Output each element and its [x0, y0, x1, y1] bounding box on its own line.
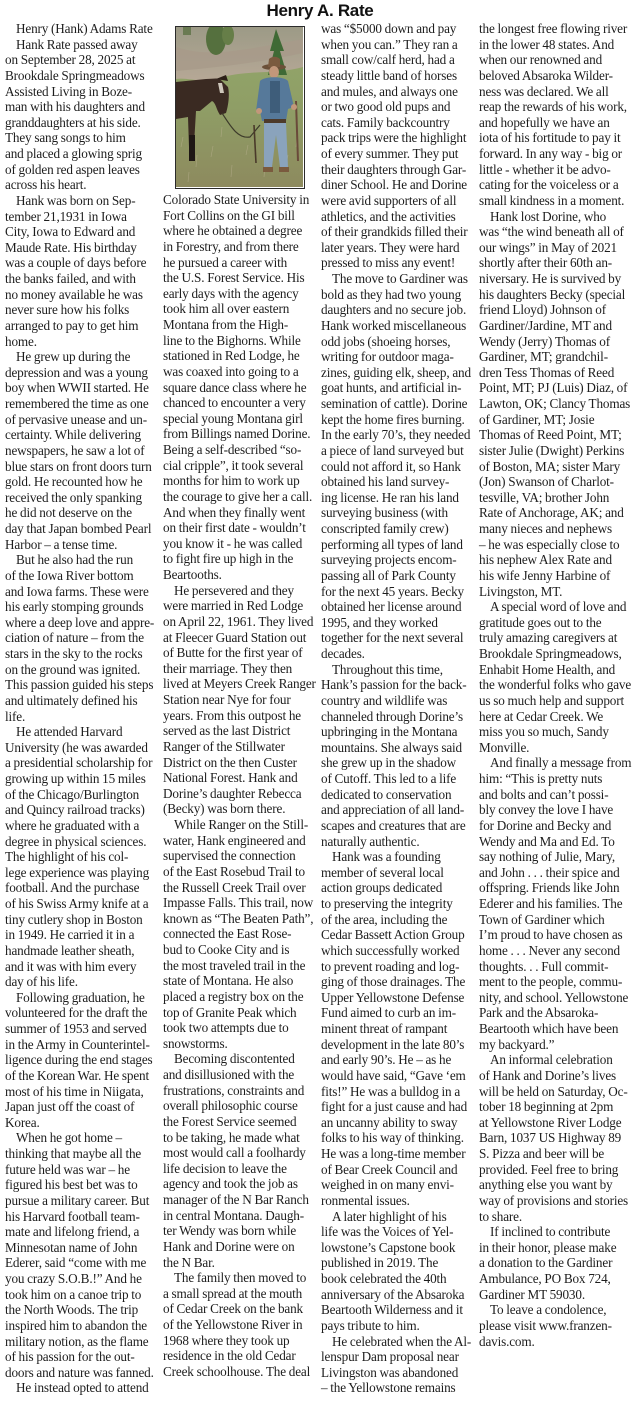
text-line: forward. In any way - big or	[479, 146, 631, 162]
text-line: Dorine’s daughter Rebecca	[163, 786, 315, 802]
text-line: depression and was a young	[5, 365, 157, 381]
text-line: 1968 where they took up	[163, 1333, 315, 1349]
text-line: which successfully worked	[321, 943, 473, 959]
text-line: fits!” He was a bulldog in a	[321, 1084, 473, 1100]
paragraph-first-line: Becoming discontented	[163, 1051, 315, 1067]
text-line: Station near Nye for four	[163, 692, 315, 708]
text-line: Gardiner, MT; grandchil-	[479, 349, 631, 365]
text-line: naturally authentic.	[321, 834, 473, 850]
text-line: gratitude goes out to the	[479, 615, 631, 631]
text-line: tober 18 beginning at 2pm	[479, 1099, 631, 1115]
text-line: S. Pizza and beer will be	[479, 1146, 631, 1162]
paragraph-first-line: A later highlight of his	[321, 1209, 473, 1225]
text-line: and Iowa farms. These were	[5, 584, 157, 600]
text-line: of Boston, MA; sister Mary	[479, 459, 631, 475]
text-line: Wendy and Ma and Ed. To	[479, 834, 631, 850]
text-line: a piece of land surveyed but	[321, 443, 473, 459]
text-line: top of Granite Peak which	[163, 1005, 315, 1021]
text-line: to share.	[479, 1209, 631, 1225]
text-line: and placed a glowing sprig	[5, 146, 157, 162]
text-line: lowstone’s Capstone book	[321, 1240, 473, 1256]
paragraph-first-line: Henry (Hank) Adams Rate	[5, 21, 157, 37]
text-line: Japan just off the coast of	[5, 1099, 157, 1115]
paragraph-first-line: And finally a message from	[479, 755, 631, 771]
text-line: day of his life.	[5, 974, 157, 990]
text-line: (Becky) was born there.	[163, 801, 315, 817]
text-line: ness was declared. We all	[479, 84, 631, 100]
text-line: little - whether it be advo-	[479, 162, 631, 178]
paragraph-first-line: An informal celebration	[479, 1052, 631, 1068]
text-line: placed a registry box on the	[163, 989, 315, 1005]
text-line: and John . . . their spice and	[479, 865, 631, 881]
text-line: on April 22, 1961. They lived	[163, 614, 315, 630]
text-line: say nothing of Julie, Mary,	[479, 849, 631, 865]
text-line: square dance class where he	[163, 380, 315, 396]
text-line: lived at Meyers Creek Ranger	[163, 676, 315, 692]
text-line: growing up within 15 miles	[5, 771, 157, 787]
text-line: where he graduated with a	[5, 818, 157, 834]
text-line: tesville, VA; brother John	[479, 490, 631, 506]
text-line: he did not deserve on the	[5, 505, 157, 521]
paragraph-first-line: Hank Rate passed away	[5, 37, 157, 53]
text-line: of the Yellowstone River in	[163, 1317, 315, 1333]
text-line: odd jobs (shoeing horses,	[321, 334, 473, 350]
text-line: remembered the time as one	[5, 396, 157, 412]
paragraph-first-line: The move to Gardiner was	[321, 271, 473, 287]
text-line: granddaughters at his side.	[5, 115, 157, 131]
text-line: Livingston, MT.	[479, 584, 631, 600]
text-line: the N Bar.	[163, 1255, 315, 1271]
paragraph-first-line: He grew up during the	[5, 349, 157, 365]
text-line: Hank’s passion for the back-	[321, 677, 473, 693]
text-line: minent threat of rampant	[321, 1021, 473, 1037]
text-line: his Harvard football team-	[5, 1209, 157, 1225]
text-line: thoughts. . . Full commit-	[479, 959, 631, 975]
text-line: fight for a just cause and had	[321, 1099, 473, 1115]
text-line: (Jon) Swanson of Charlot-	[479, 474, 631, 490]
text-line: Beartooth which have been	[479, 1021, 631, 1037]
text-line: of the Iowa River bottom	[5, 568, 157, 584]
paragraph-first-line: The family then moved to	[163, 1270, 315, 1286]
text-line: ciation of nature – from the	[5, 630, 157, 646]
text-line: Maude Rate. His birthday	[5, 240, 157, 256]
text-line: inspired him to abandon the	[5, 1318, 157, 1334]
text-line: of his Swiss Army knife at a	[5, 896, 157, 912]
text-line: line to the Bighorns. While	[163, 333, 315, 349]
text-line: the Forest Service seemed	[163, 1114, 315, 1130]
text-line: ligence during the end stages	[5, 1052, 157, 1068]
text-line: City, Iowa to Edward and	[5, 224, 157, 240]
text-line: zines, guiding elk, sheep, and	[321, 365, 473, 381]
text-line: life.	[5, 709, 157, 725]
portrait-photo	[175, 26, 305, 189]
text-line: blue stars on front doors turn	[5, 459, 157, 475]
text-line: their marriage. They then	[163, 661, 315, 677]
text-line: many nieces and nephews	[479, 521, 631, 537]
text-line: University (he was awarded	[5, 740, 157, 756]
text-line: of the Chicago/Burlington	[5, 787, 157, 803]
paragraph-first-line: He persevered and they	[163, 583, 315, 599]
paragraph-first-line: But he also had the run	[5, 552, 157, 568]
text-line: and ultimately defined his	[5, 693, 157, 709]
text-line: him: “This is pretty nuts	[479, 771, 631, 787]
text-line: residence in the old Cedar	[163, 1348, 315, 1364]
text-line: cial cripple”, it took several	[163, 458, 315, 474]
text-line: together for the next several	[321, 630, 473, 646]
text-line: was “$5000 down and pay	[321, 21, 473, 37]
text-line: connected the East Rose-	[163, 926, 315, 942]
text-line: Point, MT; PJ (Luis) Diaz, of	[479, 380, 631, 396]
text-line: weighed in on many envi-	[321, 1177, 473, 1193]
text-line: pays tribute to him.	[321, 1318, 473, 1334]
text-line: no money available he was	[5, 287, 157, 303]
text-line: received the only spanking	[5, 490, 157, 506]
text-line: here at Cedar Creek. We	[479, 709, 631, 725]
text-line: Fund aimed to curb an im-	[321, 1005, 473, 1021]
text-line: small kindness in a moment.	[479, 193, 631, 209]
text-line: for Dorine and Becky and	[479, 818, 631, 834]
text-line: gold. He recounted how he	[5, 474, 157, 490]
text-line: an uncanny ability to sway	[321, 1115, 473, 1131]
text-line: ter Wendy was born while	[163, 1223, 315, 1239]
text-line: Creek schoolhouse. The deal	[163, 1364, 315, 1380]
text-line: Minnesotan name of John	[5, 1240, 157, 1256]
text-line: dedicated to conservation	[321, 787, 473, 803]
text-line: iota of his fortitude to pay it	[479, 130, 631, 146]
text-line: And when they finally went	[163, 505, 315, 521]
text-line: development in the late 80’s	[321, 1037, 473, 1053]
text-line: to fight fire up high in the	[163, 551, 315, 567]
obituary-title: Henry A. Rate	[0, 0, 640, 22]
text-line: action groups dedicated	[321, 880, 473, 896]
text-line: and mules, and always one	[321, 84, 473, 100]
paragraph-first-line: While Ranger on the Still-	[163, 817, 315, 833]
text-line: Gardiner MT 59030.	[479, 1287, 631, 1303]
text-line: Gardiner/Jardine, MT and	[479, 318, 631, 334]
text-line: Assisted Living in Boze-	[5, 84, 157, 100]
text-line: member of several local	[321, 865, 473, 881]
text-line: in the lower 48 states. And	[479, 37, 631, 53]
text-line: Harbor – a tense time.	[5, 537, 157, 553]
text-line: and bolts and can’t possi-	[479, 787, 631, 803]
text-line: their daughters through Gar-	[321, 162, 473, 178]
text-line: conscripted family crew)	[321, 521, 473, 537]
text-line: state of Montana. He also	[163, 973, 315, 989]
text-line: Lawton, OK; Clancy Thomas	[479, 396, 631, 412]
text-line: cats. Family backcountry	[321, 115, 473, 131]
text-line: bold as they had two young	[321, 287, 473, 303]
text-line: thinking that maybe all the	[5, 1146, 157, 1162]
text-line: to preserving the integrity	[321, 896, 473, 912]
text-line: the Russell Creek Trail over	[163, 880, 315, 896]
text-line: when our renowned and	[479, 52, 631, 68]
text-line: of Hank and Dorine’s lives	[479, 1068, 631, 1084]
text-line: in central Montana. Daugh-	[163, 1208, 315, 1224]
text-line: In the early 70’s, they needed	[321, 427, 473, 443]
text-line: of his passion for the out-	[5, 1349, 157, 1365]
text-line: lenspur Dam proposal near	[321, 1349, 473, 1365]
text-line: served as the last District	[163, 723, 315, 739]
text-line: his nephew Alex Rate and	[479, 552, 631, 568]
text-line: military notion, as the flame	[5, 1334, 157, 1350]
text-line: ging of those drainages. The	[321, 974, 473, 990]
text-line: – the Yellowstone remains	[321, 1380, 473, 1396]
text-line: she grew up in the shadow	[321, 755, 473, 771]
text-line: was a couple of days before	[5, 255, 157, 271]
text-line: Barn, 1037 US Highway 89	[479, 1130, 631, 1146]
text-line: Montana from the High-	[163, 317, 315, 333]
text-line: reap the rewards of his work,	[479, 99, 631, 115]
text-line: miss you so much, Sandy	[479, 724, 631, 740]
text-line: were avid supporters of all	[321, 193, 473, 209]
text-line: and disillusioned with the	[163, 1067, 315, 1083]
text-line: beloved Absaroka Wilder-	[479, 68, 631, 84]
text-line: anniversary of the Absaroka	[321, 1287, 473, 1303]
text-line: ronmental issues.	[321, 1193, 473, 1209]
text-line: handmade leather sheath,	[5, 943, 157, 959]
text-line: scapes and creatures that are	[321, 818, 473, 834]
text-line: obtained his land survey-	[321, 474, 473, 490]
text-line: folks to his way of thinking.	[321, 1130, 473, 1146]
text-line: tiny cutlery shop in Boston	[5, 912, 157, 928]
text-line: The highlight of his col-	[5, 849, 157, 865]
text-line: most of his time in Niigata,	[5, 1084, 157, 1100]
text-line: home.	[5, 334, 157, 350]
text-line: took him all over eastern	[163, 301, 315, 317]
text-line: of Bear Creek Council and	[321, 1162, 473, 1178]
text-line: you crazy S.O.B.!” And he	[5, 1271, 157, 1287]
paragraph-first-line: Throughout this time,	[321, 662, 473, 678]
text-line: please visit www.franzen-	[479, 1318, 631, 1334]
text-line: a donation to the Gardiner	[479, 1255, 631, 1271]
text-line: offspring. Friends like John	[479, 880, 631, 896]
text-line: of the area, including the	[321, 912, 473, 928]
text-line: when you can.” They ran a	[321, 37, 473, 53]
text-line: took him on a canoe trip to	[5, 1287, 157, 1303]
text-line: where he obtained a degree	[163, 223, 315, 239]
text-column-1: Henry (Hank) Adams RateHank Rate passed …	[5, 21, 157, 1396]
text-column-3: was “$5000 down and paywhen you can.” Th…	[321, 21, 473, 1396]
text-line: manager of the N Bar Ranch	[163, 1192, 315, 1208]
text-line: Rate of Anchorage, AK; and	[479, 505, 631, 521]
text-line: They sang songs to him	[5, 130, 157, 146]
text-line: my backyard.”	[479, 1037, 631, 1053]
text-line: surveying projects encom-	[321, 552, 473, 568]
text-line: where a deep love and appre-	[5, 615, 157, 631]
text-line: niversary. He is survived by	[479, 271, 631, 287]
text-line: Colorado State University in	[163, 192, 315, 208]
text-line: or two good old pups and	[321, 99, 473, 115]
text-line: boy when WWII started. He	[5, 380, 157, 396]
text-line: at Yellowstone River Lodge	[479, 1115, 631, 1131]
text-line: overall philosophic course	[163, 1098, 315, 1114]
text-line: on the ground was ignited.	[5, 662, 157, 678]
text-line: the courage to give her a call.	[163, 489, 315, 505]
text-line: were married in Red Lodge	[163, 598, 315, 614]
text-line: supervised the connection	[163, 848, 315, 864]
text-line: Brookdale Springmeadows	[5, 68, 157, 84]
text-line: degree in physical sciences.	[5, 834, 157, 850]
text-line: agency and took the job as	[163, 1176, 315, 1192]
text-line: mountains. She always said	[321, 740, 473, 756]
paragraph-first-line: A special word of love and	[479, 599, 631, 615]
text-line: He was a long-time member	[321, 1146, 473, 1162]
text-line: of Cutoff. This led to a life	[321, 771, 473, 787]
text-line: Brookdale Springmeadows,	[479, 646, 631, 662]
text-line: doors and nature was fanned.	[5, 1365, 157, 1381]
text-line: most would call a foolhardy	[163, 1145, 315, 1161]
text-line: goat hunts, and artificial in-	[321, 380, 473, 396]
text-column-4: the longest free flowing riverin the low…	[479, 21, 631, 1349]
text-line: snowstorms.	[163, 1036, 315, 1052]
text-line: and early 90’s. He – as he	[321, 1052, 473, 1068]
text-line: was coaxed into going to a	[163, 364, 315, 380]
text-line: in 1949. He carried it in a	[5, 927, 157, 943]
text-line: sister Julie (Dwight) Perkins	[479, 443, 631, 459]
text-line: 1995, and they worked	[321, 615, 473, 631]
text-line: This passion guided his steps	[5, 677, 157, 693]
text-line: could not afford it, so Hank	[321, 459, 473, 475]
text-line: anything else you want by	[479, 1177, 631, 1193]
text-line: took two attempts due to	[163, 1020, 315, 1036]
text-line: the banks failed, and with	[5, 271, 157, 287]
text-line: – he was especially close to	[479, 537, 631, 553]
text-line: summer of 1953 and served	[5, 1021, 157, 1037]
paragraph-first-line: When he got home –	[5, 1130, 157, 1146]
text-line: Ambulance, PO Box 724,	[479, 1271, 631, 1287]
text-line: I’m proud to have chosen as	[479, 927, 631, 943]
text-line: to prevent roading and log-	[321, 959, 473, 975]
text-line: life was the Voices of Yel-	[321, 1224, 473, 1240]
text-line: diner School. He and Dorine	[321, 177, 473, 193]
text-line: Ederer, said “come with me	[5, 1255, 157, 1271]
text-line: semination of cattle). Dorine	[321, 396, 473, 412]
text-line: way of provisions and stories	[479, 1193, 631, 1209]
text-line: Being a self-described “so-	[163, 442, 315, 458]
text-line: truly amazing caregivers at	[479, 630, 631, 646]
text-line: of golden red aspen leaves	[5, 162, 157, 178]
text-line: stationed in Red Lodge, he	[163, 348, 315, 364]
text-line: our wings” in May of 2021	[479, 240, 631, 256]
paragraph-first-line: He celebrated when the Al-	[321, 1334, 473, 1350]
text-line: book celebrated the 40th	[321, 1271, 473, 1287]
text-line: bud to Cooke City and is	[163, 942, 315, 958]
paragraph-first-line: Hank was born on Sep-	[5, 193, 157, 209]
text-line: day that Japan bombed Pearl	[5, 521, 157, 537]
paragraph-first-line: Hank was a founding	[321, 849, 473, 865]
text-line: early days with the agency	[163, 286, 315, 302]
text-line: certainty. While delivering	[5, 427, 157, 443]
text-line: Thomas of Reed Point, MT;	[479, 427, 631, 443]
text-line: writing for outdoor maga-	[321, 349, 473, 365]
text-line: ing license. He ran his land	[321, 490, 473, 506]
text-line: the wonderful folks who gave	[479, 677, 631, 693]
text-line: life decision to leave the	[163, 1161, 315, 1177]
text-line: daughters and no secure job.	[321, 302, 473, 318]
text-line: Park and the Absaroka-	[479, 1005, 631, 1021]
text-line: pursue a military career. But	[5, 1193, 157, 1209]
text-line: would have said, “Gave ‘em	[321, 1068, 473, 1084]
text-line: Beartooth Wilderness and it	[321, 1302, 473, 1318]
text-line: upbringing in the Montana	[321, 724, 473, 740]
text-line: davis.com.	[479, 1334, 631, 1350]
text-line: Ederer and his families. The	[479, 896, 631, 912]
text-line: of pervasive unease and un-	[5, 412, 157, 428]
text-line: and it was with him every	[5, 959, 157, 975]
text-line: figured his best bet was to	[5, 1177, 157, 1193]
text-line: steady little band of horses	[321, 68, 473, 84]
paragraph-first-line: Following graduation, he	[5, 990, 157, 1006]
text-line: you know it - he was called	[163, 536, 315, 552]
text-line: tember 21,1931 in Iowa	[5, 209, 157, 225]
text-line: at Fleecer Guard Station out	[163, 630, 315, 646]
text-line: of every summer. They put	[321, 146, 473, 162]
text-line: Cedar Bassett Action Group	[321, 927, 473, 943]
text-line: across his heart.	[5, 177, 157, 193]
text-line: was “the wind beneath all of	[479, 224, 631, 240]
text-line: on September 28, 2025 at	[5, 52, 157, 68]
text-line: his wife Jenny Harbine of	[479, 568, 631, 584]
text-line: known as “The Beaten Path”,	[163, 911, 315, 927]
text-line: Upper Yellowstone Defense	[321, 990, 473, 1006]
text-line: mate and lifelong friend, a	[5, 1224, 157, 1240]
text-line: friend Lloyd) Johnson of	[479, 302, 631, 318]
paragraph-first-line: He instead opted to attend	[5, 1380, 157, 1396]
text-line: Town of Gardiner which	[479, 912, 631, 928]
text-line: nity, and school. Yellowstone	[479, 990, 631, 1006]
text-line: Fort Collins on the GI bill	[163, 208, 315, 224]
text-line: of the Korean War. He spent	[5, 1068, 157, 1084]
text-line: months for him to work up	[163, 473, 315, 489]
text-line: cating for the voiceless or a	[479, 177, 631, 193]
paragraph-first-line: If inclined to contribute	[479, 1224, 631, 1240]
text-line: newspapers, he saw a lot of	[5, 443, 157, 459]
text-line: dren Tess Thomas of Reed	[479, 365, 631, 381]
text-line: published in 2019. The	[321, 1255, 473, 1271]
text-line: a presidential scholarship for	[5, 755, 157, 771]
text-line: obtained her license around	[321, 599, 473, 615]
text-line: never sure how his folks	[5, 302, 157, 318]
text-line: channeled through Dorine’s	[321, 709, 473, 725]
text-line: in Forestry, and from there	[163, 239, 315, 255]
text-line: Hank and Dorine were on	[163, 1239, 315, 1255]
text-line: volunteered for the draft the	[5, 1005, 157, 1021]
text-line: provided. Feel free to bring	[479, 1162, 631, 1178]
text-line: chanced to encounter a very	[163, 395, 315, 411]
text-line: of Gardiner, MT; Josie	[479, 412, 631, 428]
text-line: years. From this outpost he	[163, 708, 315, 724]
text-line: football. And the purchase	[5, 880, 157, 896]
text-line: his early stomping grounds	[5, 599, 157, 615]
text-line: and appreciation of all land-	[321, 802, 473, 818]
text-line: will be held on Saturday, Oc-	[479, 1084, 631, 1100]
text-line: his daughters Becky (special	[479, 287, 631, 303]
text-line: the longest free flowing river	[479, 21, 631, 37]
text-line: frustrations, constraints and	[163, 1083, 315, 1099]
text-line: of their grandkids filled their	[321, 224, 473, 240]
text-line: of the East Rosebud Trail to	[163, 864, 315, 880]
text-line: on their first date - wouldn’t	[163, 520, 315, 536]
text-line: the most traveled trail in the	[163, 958, 315, 974]
text-line: performing all types of land	[321, 537, 473, 553]
text-line: pressed to miss any event!	[321, 255, 473, 271]
text-line: Hank worked miscellaneous	[321, 318, 473, 334]
text-line: Monville.	[479, 740, 631, 756]
text-line: shortly after their 60th an-	[479, 255, 631, 271]
text-line: Wendy (Jerry) Thomas of	[479, 334, 631, 350]
text-line: to be taking, he made what	[163, 1130, 315, 1146]
text-line: decades.	[321, 646, 473, 662]
